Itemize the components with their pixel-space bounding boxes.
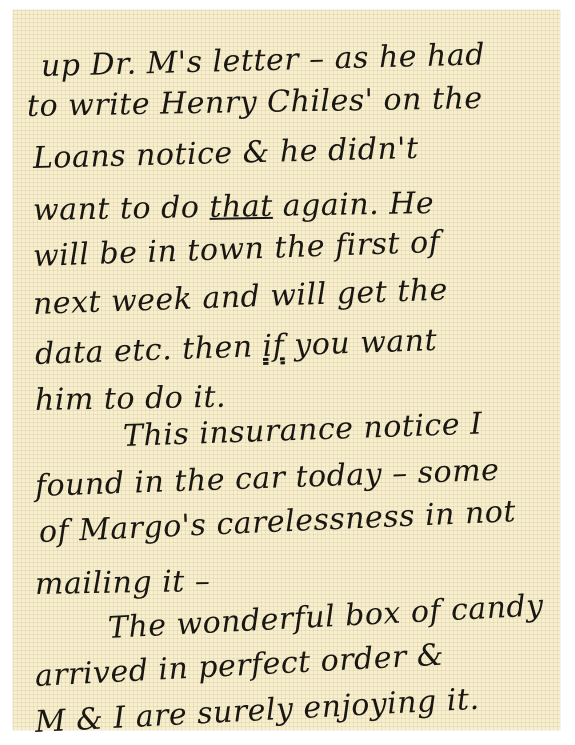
text-segment: data etc. then	[34, 329, 263, 372]
text-line: mailing it –	[35, 567, 211, 600]
text-line: to write Henry Chiles' on the	[27, 84, 483, 122]
text-line: Loans notice & he didn't	[33, 134, 419, 174]
text-line: of Margo's carelessness in not	[38, 497, 516, 548]
text-line: arrived in perfect order &	[34, 641, 445, 692]
text-line: will be in town the first of	[32, 228, 440, 272]
text-segment: again. He	[272, 186, 434, 224]
text-segment: want to do	[33, 190, 210, 228]
letter-page: up Dr. M's letter – as he had to write H…	[13, 10, 560, 730]
text-line: him to do it.	[35, 383, 227, 416]
text-line: This insurance notice I	[122, 409, 482, 452]
underlined-word: if	[262, 328, 285, 364]
text-line: M & I are surely enjoying it.	[34, 685, 480, 738]
text-line: up Dr. M's letter – as he had	[41, 40, 486, 82]
text-line: data etc. then if you want	[34, 326, 437, 370]
text-line: next week and will get the	[32, 276, 448, 320]
text-line: want to do that again. He	[33, 189, 435, 226]
text-segment: you want	[284, 323, 438, 363]
underlined-word: that	[209, 189, 273, 225]
text-line: found in the car today – some	[34, 456, 499, 502]
